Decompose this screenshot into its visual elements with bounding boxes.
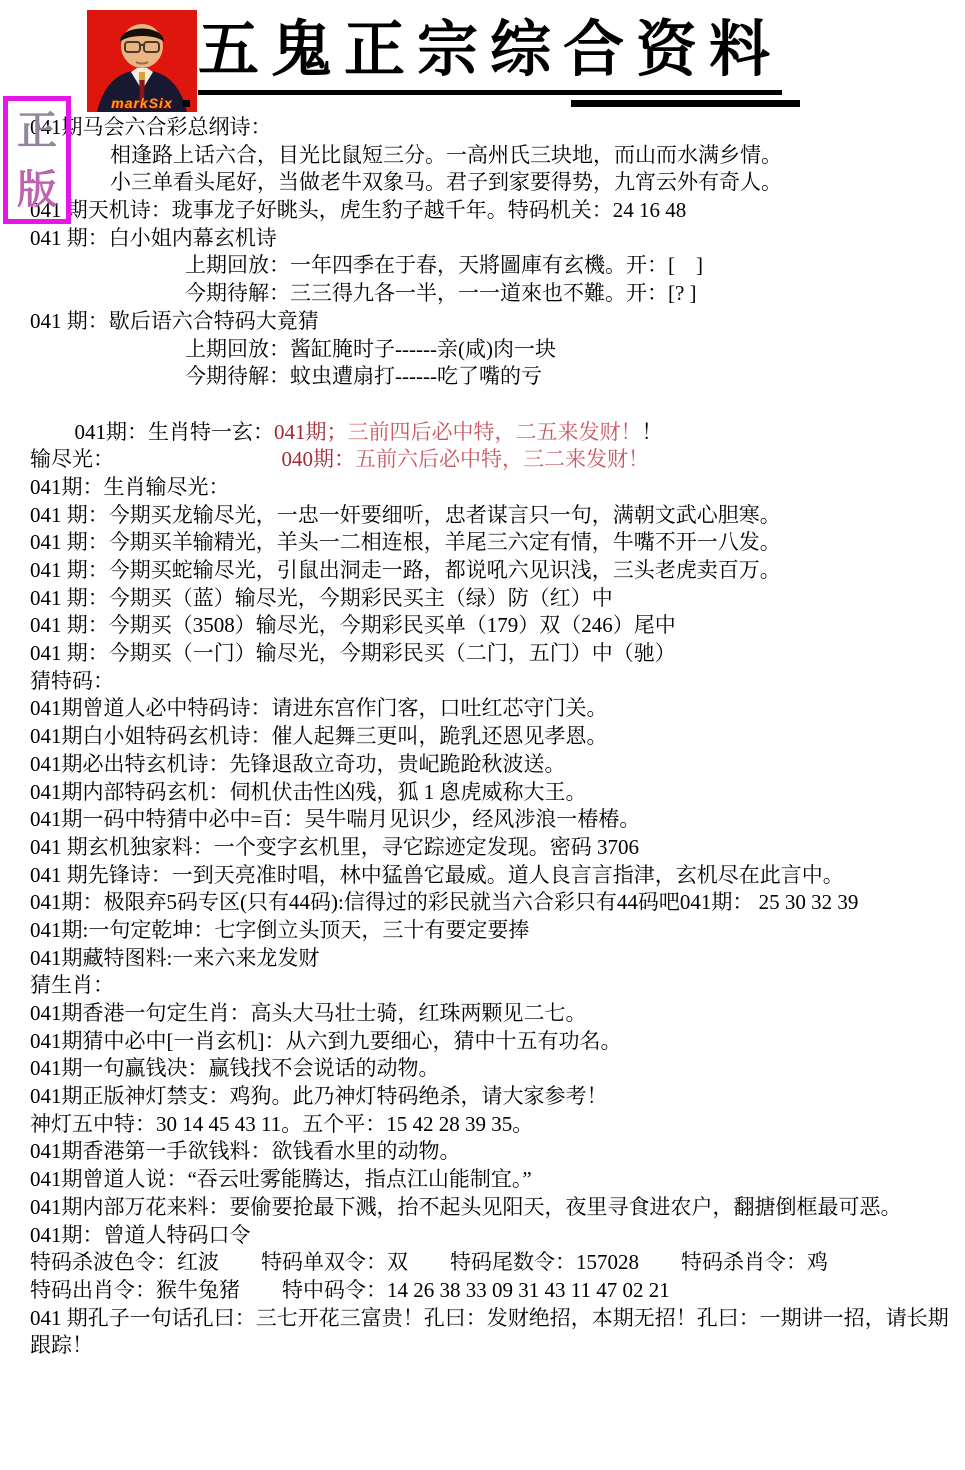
line-shendeng-numbers: 神灯五中特：30 14 45 43 11。五个平：15 42 28 39 35。 [30, 1111, 965, 1139]
line-buy-3508: 041 期：今期买（3508）输尽光，今期彩民买单（179）双（246）尾中 [30, 612, 965, 640]
line-wanhua-lailiao: 041期内部万花来料：要偷要抢最下溅，抬不起头见阳天，夜里寻食进农户，翻搪倒框最… [30, 1194, 965, 1222]
line-kongzi-quote: 041 期孔子一句话孔曰：三七开花三富贵！孔曰：发财绝招，本期无招！孔曰：一期讲… [30, 1305, 965, 1333]
line-kongzi-quote-cont: 跟踪！ [30, 1332, 965, 1360]
line-baixiaojie-tema-poem: 041期白小姐特码玄机诗：催人起舞三更叫，跪乳还恩见孝恩。 [30, 723, 965, 751]
shengxiao-tip-041: 三前四后必中特，二五来发财！ [348, 420, 642, 444]
shengxiao-tip-040: 五前六后必中特，三二来发财！ [355, 447, 649, 471]
line-neibu-tema: 041期内部特码玄机：伺机伏击性凶残，狐 1 恖虎威称大王。 [30, 779, 965, 807]
line-yima-zhongte: 041期一码中特猜中必中=百：吴牛喘月见识少，经风涉浪一椿椿。 [30, 806, 965, 834]
line-kouling-row1: 特码杀波色令：红波 特码单双令：双 特码尾数令：157028 特码杀肖令：鸡 [30, 1249, 965, 1277]
line-xuanji-dujialiao: 041 期玄机独家料：一个变字玄机里，寻它踪迹定发现。密码 3706 [30, 834, 965, 862]
line-last-issue-replay-1: 上期回放：一年四季在于春，天將圖庫有玄機。开：[ ] [185, 252, 965, 280]
line-outline-poem-title: 041期马会六合彩总纲诗： [30, 114, 965, 142]
line-yiju-qiankun: 041期:一句定乾坤：七字倒立头顶天，三十有要定要捧 [30, 917, 965, 945]
badge-char-bottom: 版 [17, 162, 57, 218]
marksix-logo: markSix [87, 95, 197, 111]
line-44ma-zone: 041期：极限弃5码专区(只有44码):信得过的彩民就当六合彩只有44码吧041… [30, 889, 965, 917]
shengxiao-label: 041期：生肖特一玄： [75, 420, 275, 444]
shengxiao-issue-040: 040期： [282, 447, 356, 471]
line-cangte-tuliao: 041期藏特图料:一来六来龙发财 [30, 945, 965, 973]
title-dot [183, 100, 190, 107]
line-shendeng-jinzhi: 041期正版神灯禁支：鸡狗。此乃神灯特码绝杀，请大家参考！ [30, 1083, 965, 1111]
authentic-badge: 正 版 [3, 96, 71, 224]
line-kouling-header: 041期：曾道人特码口令 [30, 1222, 965, 1250]
shengxiao-exclaim: ！ [642, 420, 663, 444]
line-caitema-header: 猜特码： [30, 668, 965, 696]
badge-char-top: 正 [17, 103, 57, 159]
line-zengdaoren-quote: 041期曾道人说：“吞云吐雾能腾达，指点江山能制宜。” [30, 1166, 965, 1194]
portrait-photo: markSix [87, 10, 197, 112]
line-yingqianjue: 041期一句赢钱决：赢钱找不会说话的动物。 [30, 1055, 965, 1083]
line-shengxiao-shujinguang: 041期：生肖输尽光： [30, 474, 965, 502]
line-buy-blue: 041 期：今期买（蓝）输尽光，今期彩民买主（绿）防（红）中 [30, 585, 965, 613]
line-poem-2: 小三单看头尾好，当做老牛双象马。君子到家要得势，九宵云外有奇人。 [110, 169, 965, 197]
line-hk-yuqianliao: 041期香港第一手欲钱料：欲钱看水里的动物。 [30, 1138, 965, 1166]
page-title: 五鬼正宗综合资料 [198, 14, 782, 95]
line-caishengxiao-header: 猜生肖： [30, 972, 965, 1000]
line-bichute-poem: 041期必出特玄机诗：先锋退敌立奇功，贵屺跪跄秋波送。 [30, 751, 965, 779]
line-kouling-row2: 特码出肖令：猴牛兔猪 特中码令：14 26 38 33 09 31 43 11 … [30, 1277, 965, 1305]
shengxiao-issue-041: 041期； [274, 420, 348, 444]
line-this-issue-pending-1: 今期待解：三三得九各一半，一一道來也不難。开：[? ] [185, 280, 965, 308]
line-zengdaoren-poem: 041期曾道人必中特码诗：请进东宫作门客，口吐红芯守门关。 [30, 695, 965, 723]
line-tianji-poem: 041 期天机诗：珑事龙子好眺头，虎生豹子越千年。特码机关：24 16 48 [30, 197, 965, 225]
lottery-info-page: markSix 五鬼正宗综合资料 正 版 041期马会六合彩总纲诗： 相逢路上话… [0, 0, 965, 1470]
line-this-issue-pending-2: 今期待解：蚊虫遭扇打------吃了嘴的亏 [185, 363, 965, 391]
line-shengxiao-special: 041期：生肖特一玄：041期；三前四后必中特，二五来发财！！ [43, 391, 965, 419]
line-baixiaojie-title: 041 期：白小姐内幕玄机诗 [30, 225, 965, 253]
line-buy-yimen: 041 期：今期买（一门）输尽光，今期彩民买（二门，五门）中（驰） [30, 640, 965, 668]
content-area: 041期马会六合彩总纲诗： 相逢路上话六合，目光比鼠短三分。一高州氏三块地，而山… [30, 114, 965, 1360]
title-underline-bar [571, 100, 800, 107]
line-xiehouyu-title: 041 期：歇后语六合特码大竟猜 [30, 308, 965, 336]
line-last-issue-replay-2: 上期回放：酱缸腌时子------亲(咸)肉一块 [185, 336, 965, 364]
line-yixiao-xuanji: 041期猜中必中[一肖玄机]：从六到九要细心，猜中十五有功名。 [30, 1028, 965, 1056]
line-buy-dragon: 041 期：今期买龙输尽光，一忠一奸要细听，忠者谋言只一句，满朝文武心胆寒。 [30, 502, 965, 530]
line-buy-goat: 041 期：今期买羊输精光，羊头一二相连根，羊尾三六定有情，牛嘴不开一八发。 [30, 529, 965, 557]
line-buy-snake: 041 期：今期买蛇输尽光，引鼠出洞走一路，都说吼六见识浅，三头老虎卖百万。 [30, 557, 965, 585]
line-xianfeng-poem: 041 期先锋诗：一到天亮准时唱，林中猛兽它最威。道人良言言指津，玄机尽在此言中… [30, 862, 965, 890]
line-poem-1: 相逢路上话六合，目光比鼠短三分。一高州氏三块地，而山而水满乡情。 [110, 142, 965, 170]
line-hk-shengxiao: 041期香港一句定生肖：高头大马壮士骑，红珠两颗见二七。 [30, 1000, 965, 1028]
